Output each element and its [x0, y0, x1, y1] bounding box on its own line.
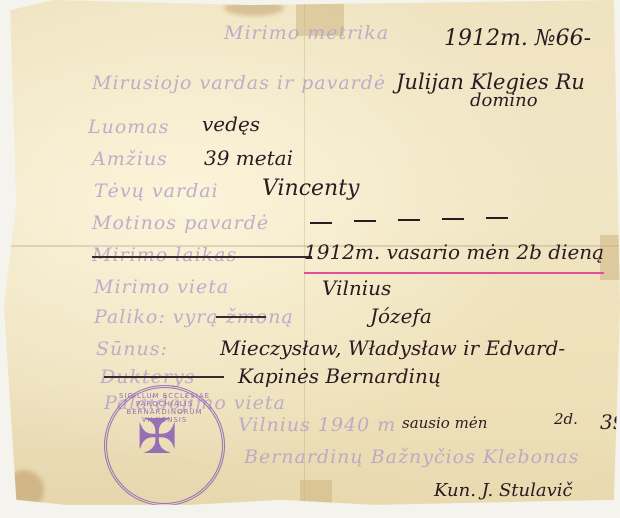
issuer-title: Bernardinų Bažnyčios Klebonas	[244, 446, 579, 468]
label-age: Amžius	[92, 148, 168, 170]
value-burial-place: Kapinės Bernardinų	[238, 364, 441, 388]
issue-place-year: Vilnius 1940 m	[238, 414, 396, 436]
dash	[310, 222, 332, 224]
strikethrough	[104, 376, 224, 378]
value-time-of-death: 1912m. vasario mėn 2b dieną	[304, 240, 604, 264]
label-sons: Sūnus:	[96, 338, 168, 360]
value-left-behind: Józefa	[370, 304, 432, 328]
label-parents: Tėvų vardai	[94, 180, 219, 202]
saints-figure-icon: ✠	[137, 413, 177, 461]
dash	[354, 220, 376, 222]
value-sons: Mieczysław, Władysław ir Edvard-	[220, 336, 565, 360]
strikethrough	[92, 256, 312, 258]
stain-top	[224, 0, 284, 16]
dash	[486, 217, 508, 219]
document-paper: Mirimo metrika 1912m. №66- Mirusiojo var…	[4, 0, 620, 510]
signature: Kun. J. Stulavič	[434, 480, 573, 501]
label-place-of-death: Mirimo vieta	[94, 276, 229, 298]
stain-bottom-left	[4, 470, 44, 510]
issue-month: sausio mėn	[402, 414, 487, 432]
dash	[398, 219, 420, 221]
strikethrough	[216, 316, 266, 318]
value-deceased-name-2: domino	[470, 90, 538, 111]
issue-year-suffix: 39	[600, 410, 620, 434]
label-time-of-death: Mirimo laikas	[92, 244, 237, 266]
parish-stamp: SIGILLUM ECCLESIAE PAROCHIALIS BERNARDIN…	[104, 385, 225, 506]
issue-day: 2d.	[554, 410, 578, 428]
pink-underline	[304, 272, 604, 274]
value-place-of-death: Vilnius	[322, 276, 391, 300]
dash	[442, 218, 464, 220]
record-number: 1912m. №66-	[444, 26, 591, 51]
tape-bottom	[300, 480, 332, 512]
title-printed: Mirimo metrika	[224, 22, 389, 44]
label-status: Luomas	[88, 116, 169, 138]
label-mother-surname: Motinos pavardė	[92, 212, 269, 234]
value-parents: Vincenty	[262, 176, 360, 201]
label-deceased-name: Mirusiojo vardas ir pavardė	[92, 72, 386, 94]
value-status: vedęs	[202, 112, 260, 136]
value-age: 39 metai	[204, 146, 293, 170]
